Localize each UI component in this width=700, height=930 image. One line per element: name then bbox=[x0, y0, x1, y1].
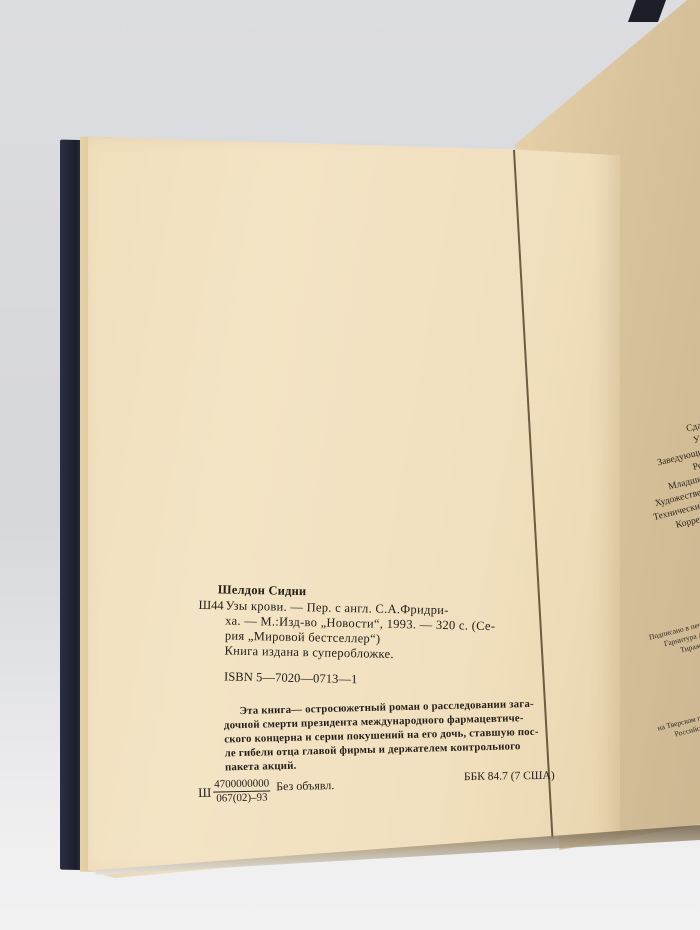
index-note: Без объявл. bbox=[276, 778, 334, 794]
index-fraction: 4700000000 067(02)–93 bbox=[213, 777, 271, 805]
bibliographic-description: Узы крови. — Пер. с англ. С.А.Фридри- ха… bbox=[224, 598, 570, 665]
index-letter: Ш bbox=[198, 785, 211, 800]
book-cover-corner bbox=[628, 0, 666, 22]
bbk-classification: ББК 84.7 (7 США) bbox=[464, 769, 555, 785]
publication-index: Ш 4700000000 067(02)–93 Без объявл. bbox=[198, 776, 335, 806]
author-name: Шелдон Сидни bbox=[218, 582, 307, 599]
catalog-code: Ш44 bbox=[198, 598, 223, 614]
annotation: Эта книга— остросюжетный роман о расслед… bbox=[223, 696, 555, 774]
isbn: ISBN 5—7020—0713—1 bbox=[224, 669, 358, 687]
index-denominator: 067(02)–93 bbox=[215, 791, 269, 805]
index-numerator: 4700000000 bbox=[213, 777, 270, 792]
